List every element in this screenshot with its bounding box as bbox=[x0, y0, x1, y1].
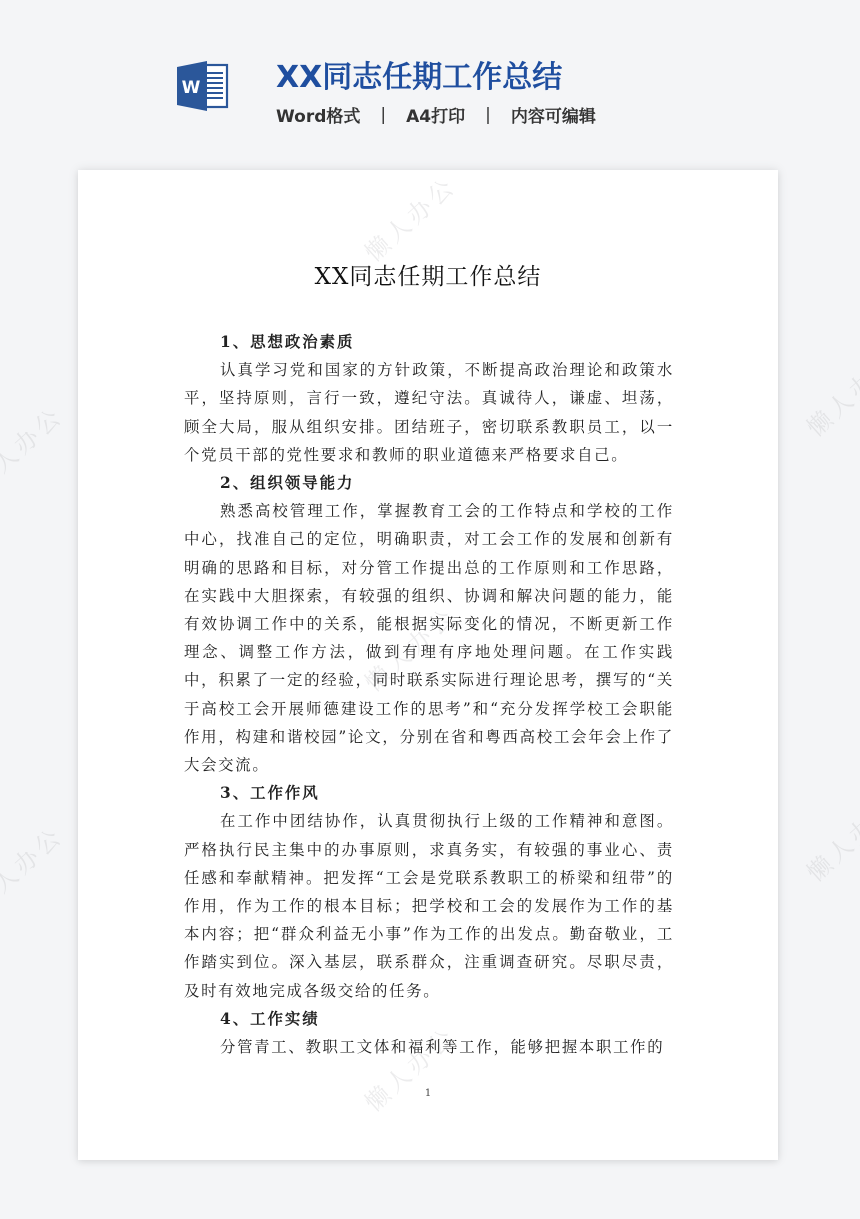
separator: | bbox=[380, 105, 386, 125]
document-title: XX同志任期工作总结 bbox=[78, 258, 778, 291]
section-heading: 4、工作实绩 bbox=[184, 1005, 674, 1033]
watermark: 懒人办公 bbox=[798, 787, 860, 888]
header-banner: W XX同志任期工作总结 Word格式 | A4打印 | 内容可编辑 bbox=[0, 0, 860, 170]
section-paragraph: 分管青工、教职工文体和福利等工作，能够把握本职工作的 bbox=[184, 1033, 674, 1061]
separator: | bbox=[485, 105, 491, 125]
section-paragraph: 在工作中团结协作，认真贯彻执行上级的工作精神和意图。严格执行民主集中的办事原则，… bbox=[184, 807, 674, 1004]
section-paragraph: 认真学习党和国家的方针政策，不断提高政治理论和政策水平，坚持原则，言行一致，遵纪… bbox=[184, 356, 674, 469]
watermark: 懒人办公 bbox=[0, 817, 69, 918]
page-number: 1 bbox=[78, 1088, 778, 1099]
section-heading: 3、工作作风 bbox=[184, 779, 674, 807]
feature-word-format: Word格式 bbox=[276, 102, 360, 127]
feature-editable: 内容可编辑 bbox=[511, 102, 596, 127]
header-title: XX同志任期工作总结 bbox=[276, 52, 562, 96]
word-doc-icon: W bbox=[175, 58, 231, 114]
feature-a4-print: A4打印 bbox=[406, 102, 465, 127]
watermark: 懒人办公 bbox=[798, 342, 860, 443]
document-page: 懒人办公 懒人办公 懒人办公 XX同志任期工作总结 1、思想政治素质 认真学习党… bbox=[78, 170, 778, 1160]
section-heading: 1、思想政治素质 bbox=[184, 328, 674, 356]
section-paragraph: 熟悉高校管理工作，掌握教育工会的工作特点和学校的工作中心，找准自己的定位，明确职… bbox=[184, 497, 674, 779]
section-heading: 2、组织领导能力 bbox=[184, 469, 674, 497]
feature-list: Word格式 | A4打印 | 内容可编辑 bbox=[276, 102, 596, 127]
document-body: 1、思想政治素质 认真学习党和国家的方针政策，不断提高政治理论和政策水平，坚持原… bbox=[184, 328, 674, 1061]
svg-text:W: W bbox=[182, 78, 201, 98]
watermark: 懒人办公 bbox=[0, 397, 69, 498]
watermark: 懒人办公 bbox=[356, 170, 463, 268]
